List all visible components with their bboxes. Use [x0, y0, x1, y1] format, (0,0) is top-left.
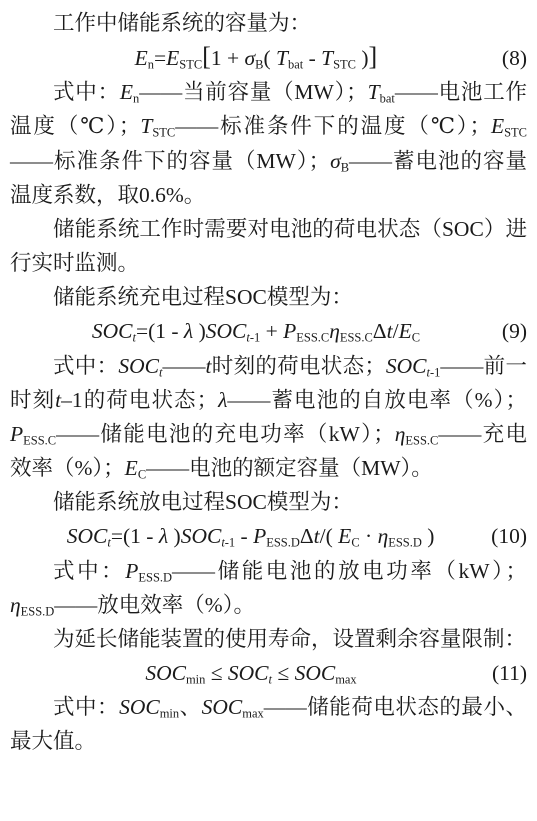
subscript: ESS.C	[296, 331, 329, 345]
equation-body: SOCt=(1 - λ )SOCt-1 - PESS.DΔt/( EC · ηE…	[67, 519, 435, 553]
text-run: E	[399, 319, 412, 343]
paragraph: 工作中储能系统的容量为：	[10, 6, 527, 40]
text-run: η	[10, 593, 21, 617]
text-run: 式中：	[53, 559, 125, 583]
text-run: ——储能电池的充电功率（kW）；	[56, 422, 395, 446]
text-run: SOC	[295, 661, 336, 685]
text-run: 1 +	[211, 46, 245, 70]
equation-body: SOCt=(1 - λ )SOCt-1 + PESS.CηESS.CΔt/EC	[92, 314, 420, 348]
text-run: E	[120, 80, 133, 104]
subscript: ESS.C	[340, 331, 373, 345]
text-run: -	[235, 524, 253, 548]
text-run: )	[422, 524, 435, 548]
text-run: SOC	[119, 695, 160, 719]
text-run: 时刻的荷电状态；	[211, 354, 385, 378]
text-run: )	[168, 524, 181, 548]
text-run: =(1 -	[111, 524, 159, 548]
subscript: min	[160, 707, 179, 721]
text-run: SOC	[181, 524, 222, 548]
equation-number: (9)	[502, 314, 527, 348]
text-run: 工作中储能系统的容量为：	[53, 11, 311, 35]
text-run: ——	[163, 354, 206, 378]
subscript: ESS.C	[405, 433, 438, 447]
subscript: ESS.D	[266, 536, 300, 550]
subscript: STC	[152, 126, 175, 140]
equation: SOCt=(1 - λ )SOCt-1 + PESS.CηESS.CΔt/EC(…	[10, 314, 527, 348]
equation: En=ESTC[1 + σB( Tbat - TSTC )](8)	[10, 40, 527, 75]
paragraph: 储能系统充电过程SOC模型为：	[10, 280, 527, 314]
subscript: bat	[288, 58, 303, 72]
equation-number: (8)	[502, 41, 527, 75]
paragraph: 式中：En——当前容量（MW）；Tbat——电池工作温度（℃）；TSTC——标准…	[10, 75, 527, 212]
text-run: -	[303, 46, 321, 70]
subscript: STC	[179, 58, 202, 72]
subscript: max	[335, 672, 356, 686]
text-run: ——当前容量（MW）；	[139, 80, 367, 104]
text-run: 为延长储能装置的使用寿命，设置剩余容量限制：	[53, 627, 526, 651]
text-run: ——标准条件下的温度（℃）；	[175, 114, 491, 138]
text-run: SOC	[92, 319, 133, 343]
paragraph: 式中：SOCt——t时刻的荷电状态；SOCt-1——前一时刻t–1的荷电状态；λ…	[10, 349, 527, 486]
text-run: =	[154, 46, 166, 70]
subscript: -1	[430, 365, 440, 379]
text-run: E	[125, 456, 138, 480]
subscript: ESS.D	[388, 536, 422, 550]
text-run: 式中：	[53, 695, 119, 719]
subscript: ESS.C	[23, 433, 56, 447]
text-run: =(1 -	[136, 319, 184, 343]
text-run: SOC	[228, 661, 269, 685]
text-run: SOC	[202, 695, 243, 719]
text-run: ·	[360, 524, 378, 548]
text-run: η	[378, 524, 389, 548]
text-run: 储能系统充电过程SOC模型为：	[53, 285, 353, 309]
paragraph: 式中：SOCmin、SOCmax——储能荷电状态的最小、最大值。	[10, 690, 527, 758]
text-run: 储能系统放电过程SOC模型为：	[53, 490, 353, 514]
document-body: 工作中储能系统的容量为：En=ESTC[1 + σB( Tbat - TSTC …	[10, 6, 527, 758]
text-run: ——放电效率（%）。	[54, 593, 255, 617]
text-run: (	[263, 46, 276, 70]
subscript: min	[186, 672, 205, 686]
text-run: ——储能电池的放电功率（kW）；	[172, 559, 527, 583]
equation-number: (10)	[491, 519, 527, 553]
document-page: 工作中储能系统的容量为：En=ESTC[1 + σB( Tbat - TSTC …	[0, 0, 537, 821]
text-run: P	[283, 319, 296, 343]
equation-body: SOCmin ≤ SOCt ≤ SOCmax	[145, 656, 356, 690]
equation: SOCt=(1 - λ )SOCt-1 - PESS.DΔt/( EC · ηE…	[10, 519, 527, 553]
text-run: P	[253, 524, 266, 548]
subscript: C	[412, 331, 420, 345]
subscript: -1	[250, 331, 260, 345]
subscript: ESS.D	[21, 604, 55, 618]
equation-number: (11)	[492, 656, 527, 690]
text-run: 式中：	[53, 354, 118, 378]
paragraph: 储能系统工作时需要对电池的荷电状态（SOC）进行实时监测。	[10, 212, 527, 280]
text-run: ≤	[272, 661, 295, 685]
text-run: E	[135, 46, 148, 70]
text-run: +	[260, 319, 283, 343]
text-run: σ	[245, 46, 256, 70]
text-run: SOC	[145, 661, 186, 685]
text-run: ——电池的额定容量（MW）。	[146, 456, 433, 480]
text-run: η	[395, 422, 406, 446]
text-run: η	[329, 319, 340, 343]
subscript: C	[351, 536, 359, 550]
text-run: σ	[330, 149, 341, 173]
equation-body: En=ESTC[1 + σB( Tbat - TSTC )]	[135, 40, 378, 75]
text-run: )	[356, 46, 369, 70]
subscript: bat	[380, 92, 395, 106]
text-run: E	[338, 524, 351, 548]
subscript: B	[341, 160, 349, 174]
paragraph: 为延长储能装置的使用寿命，设置剩余容量限制：	[10, 622, 527, 656]
text-run: T	[368, 80, 380, 104]
text-run: λ	[184, 319, 193, 343]
text-run: 、	[179, 695, 202, 719]
text-run: )	[193, 319, 206, 343]
text-run: Δ	[373, 319, 387, 343]
text-run: λ	[218, 388, 227, 412]
text-run: Δ	[300, 524, 314, 548]
text-run: ——标准条件下的容量（MW）；	[10, 149, 330, 173]
text-run: T	[321, 46, 333, 70]
text-run: T	[276, 46, 288, 70]
text-run: /(	[320, 524, 339, 548]
text-run: E	[166, 46, 179, 70]
text-run: SOC	[386, 354, 427, 378]
text-run: E	[491, 114, 504, 138]
subscript: C	[138, 468, 146, 482]
text-run: SOC	[206, 319, 247, 343]
text-run: ≤	[205, 661, 228, 685]
text-run: [	[202, 42, 211, 71]
paragraph: 储能系统放电过程SOC模型为：	[10, 485, 527, 519]
text-run: 储能系统工作时需要对电池的荷电状态（SOC）进行实时监测。	[10, 217, 527, 275]
text-run: SOC	[118, 354, 159, 378]
subscript: -1	[225, 536, 235, 550]
text-run: λ	[159, 524, 168, 548]
subscript: STC	[504, 126, 527, 140]
text-run: SOC	[67, 524, 108, 548]
subscript: STC	[333, 58, 356, 72]
paragraph: 式中：PESS.D——储能电池的放电功率（kW）；ηESS.D——放电效率（%）…	[10, 554, 527, 622]
text-run: 式中：	[53, 80, 120, 104]
equation: SOCmin ≤ SOCt ≤ SOCmax(11)	[10, 656, 527, 690]
text-run: P	[125, 559, 138, 583]
text-run: ]	[369, 42, 378, 71]
subscript: ESS.D	[138, 570, 172, 584]
text-run: P	[10, 422, 23, 446]
text-run: ——蓄电池的自放电率（%）；	[227, 388, 527, 412]
subscript: max	[242, 707, 263, 721]
text-run: T	[140, 114, 152, 138]
text-run: –1的荷电状态；	[61, 388, 218, 412]
